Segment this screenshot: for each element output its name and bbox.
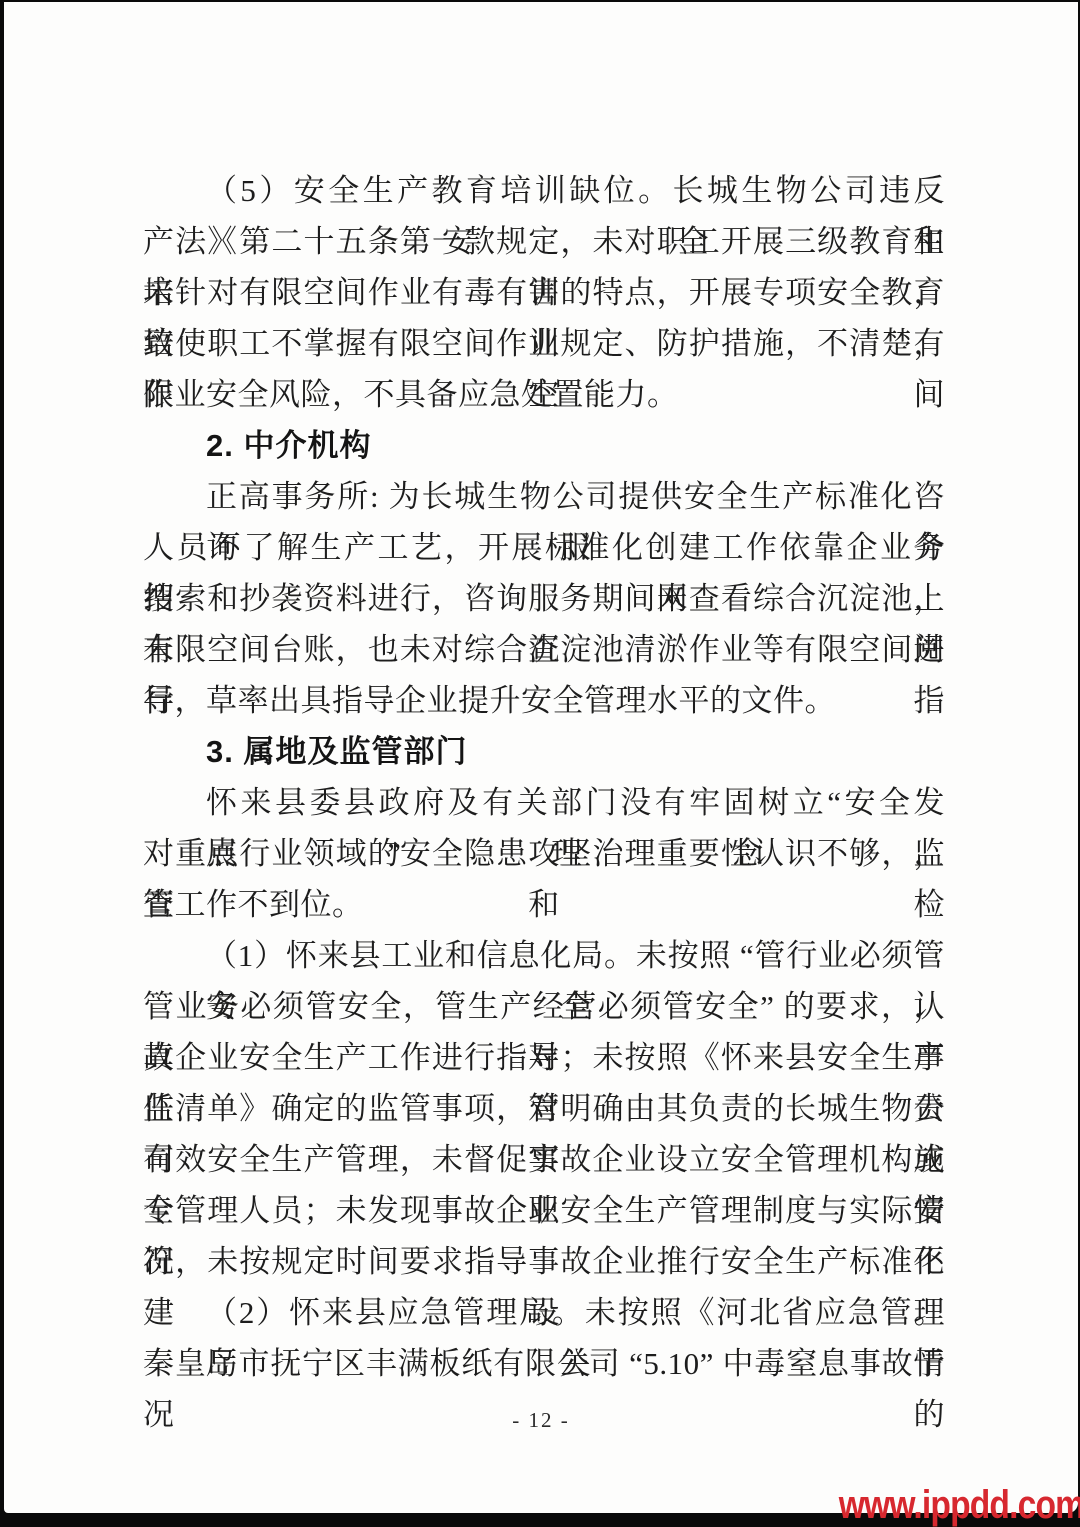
text-line: 对重点行业领域的安全隐患攻坚治理重要性认识不够，监管和检 [143,828,945,879]
text-line: 有限空间台账，也未对综合沉淀池清淤作业等有限空间进行指 [143,624,945,675]
text-line: 正高事务所: 为长城生物公司提供安全生产标准化咨询服务 [143,471,945,522]
watermark-url: www.ippdd.com [839,1485,1080,1525]
text-line: 管业务必须管安全，管生产经营必须管安全” 的要求，认真对事 [143,981,945,1032]
text-line: 故企业安全生产工作进行指导；未按照《怀来县安全生产监管责 [143,1032,945,1083]
text-line: 致使职工不掌握有限空间作业规定、防护措施，不清楚有限空间 [143,318,945,369]
page-number: - 12 - [4,1408,1078,1433]
text-line: 人员不了解生产工艺，开展标准化创建工作依靠企业介绍、网上 [143,522,945,573]
document-body: （5）安全生产教育培训缺位。长城生物公司违反《安全生 产法》第二十五条第一款规定… [143,165,945,1389]
text-line: 全管理人员；未发现事故企业安全生产管理制度与实际情况不 [143,1185,945,1236]
text-line: 秦皇岛市抚宁区丰满板纸有限公司 “5.10” 中毒窒息事故情况的 [143,1338,945,1389]
text-line: 怀来县委县政府及有关部门没有牢固树立“安全发展”理念， [143,777,945,828]
text-line: 导，草率出具指导企业提升安全管理水平的文件。 [143,675,945,726]
text-line: 未针对有限空间作业有毒有害的特点，开展专项安全教育培训， [143,267,945,318]
text-line: 有效安全生产管理，未督促事故企业设立安全管理机构或专职安 [143,1134,945,1185]
section-heading: 2. 中介机构 [143,420,945,471]
text-line: 任清单》确定的监管事项，对明确由其负责的长城生物公司实施 [143,1083,945,1134]
text-line: 符，未按规定时间要求指导事故企业推行安全生产标准化建设。 [143,1236,945,1287]
document-page: （5）安全生产教育培训缺位。长城生物公司违反《安全生 产法》第二十五条第一款规定… [4,2,1078,1513]
section-heading: 3. 属地及监管部门 [143,726,945,777]
text-line: （5）安全生产教育培训缺位。长城生物公司违反《安全生 [143,165,945,216]
text-line: 产法》第二十五条第一款规定，未对职工开展三级教育和培训， [143,216,945,267]
scanned-document: （5）安全生产教育培训缺位。长城生物公司违反《安全生 产法》第二十五条第一款规定… [0,0,1080,1527]
text-line: 搜索和抄袭资料进行，咨询服务期间未查看综合沉淀池，未查阅 [143,573,945,624]
text-line: （2）怀来县应急管理局。未按照《河北省应急管理厅关于 [143,1287,945,1338]
text-line: （1）怀来县工业和信息化局。未按照 “管行业必须管安全， [143,930,945,981]
